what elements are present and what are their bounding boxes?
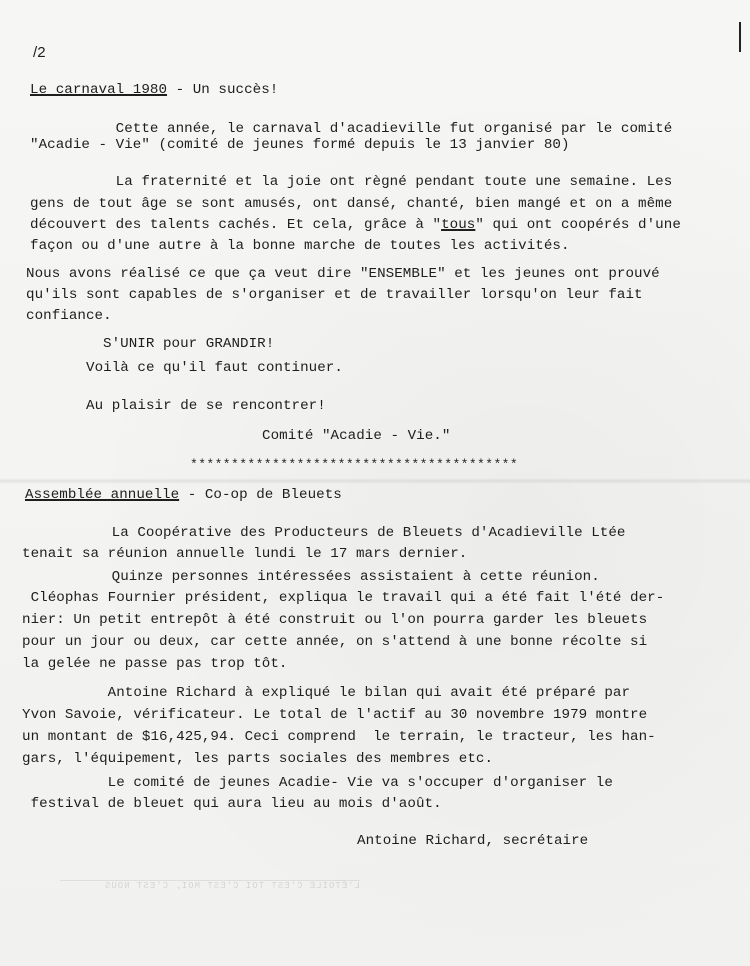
paragraph-line: pour un jour ou deux, car cette année, o… bbox=[22, 634, 647, 650]
article1-signature: Comité "Acadie - Vie." bbox=[262, 428, 450, 444]
article1-title-underlined: Le carnaval 1980 bbox=[30, 82, 167, 98]
paragraph-line: nier: Un petit entrepôt à été construit … bbox=[22, 612, 647, 628]
article1-title: Le carnaval 1980 - Un succès! bbox=[30, 82, 278, 98]
page-number: /2 bbox=[33, 45, 46, 61]
paragraph-line: Cette année, le carnaval d'acadieville f… bbox=[30, 121, 672, 137]
paragraph-line: "Acadie - Vie" (comité de jeunes formé d… bbox=[30, 137, 570, 153]
paragraph-line: La fraternité et la joie ont règné penda… bbox=[30, 174, 672, 190]
paragraph-line-tous: découvert des talents cachés. Et cela, g… bbox=[30, 217, 681, 233]
paragraph-line: Cléophas Fournier président, expliqua le… bbox=[22, 590, 664, 606]
slogan-line: Voilà ce qu'il faut continuer. bbox=[86, 360, 343, 376]
paragraph-line: gars, l'équipement, les parts sociales d… bbox=[22, 751, 493, 767]
separator-asterisks: **************************************** bbox=[190, 457, 518, 473]
show-through-text: L'ÉTOILE C'EST TOI C'EST MOI, C'EST NOUS bbox=[60, 880, 360, 901]
emphasis-tous: tous bbox=[441, 217, 475, 233]
paragraph-line: festival de bleuet qui aura lieu au mois… bbox=[22, 796, 442, 812]
slogan-line: S'UNIR pour GRANDIR! bbox=[103, 336, 274, 352]
closing-line: Au plaisir de se rencontrer! bbox=[86, 398, 326, 414]
article2-title: Assemblée annuelle - Co-op de Bleuets bbox=[25, 487, 342, 503]
paragraph-line: tenait sa réunion annuelle lundi le 17 m… bbox=[22, 546, 467, 562]
scanned-page: L'ÉTOILE C'EST TOI C'EST MOI, C'EST NOUS… bbox=[0, 0, 750, 966]
paragraph-line: la gelée ne passe pas trop tôt. bbox=[22, 656, 287, 672]
paragraph-line: façon ou d'une autre à la bonne marche d… bbox=[30, 238, 570, 254]
paragraph-line: Le comité de jeunes Acadie- Vie va s'occ… bbox=[22, 775, 613, 791]
paragraph-line: gens de tout âge se sont amusés, ont dan… bbox=[30, 196, 672, 212]
article1-title-rest: - Un succès! bbox=[167, 82, 278, 98]
paragraph-line: La Coopérative des Producteurs de Bleuet… bbox=[26, 525, 625, 541]
article2-signature: Antoine Richard, secrétaire bbox=[357, 833, 588, 849]
paragraph-line: Yvon Savoie, vérificateur. Le total de l… bbox=[22, 707, 647, 723]
paragraph-line: Quinze personnes intéressées assistaient… bbox=[26, 569, 600, 585]
paragraph-line: Antoine Richard à expliqué le bilan qui … bbox=[22, 685, 630, 701]
article2-title-rest: - Co-op de Bleuets bbox=[179, 487, 342, 503]
paragraph-line: un montant de $16,425,94. Ceci comprend … bbox=[22, 729, 656, 745]
margin-mark bbox=[739, 22, 741, 52]
paragraph-line: confiance. bbox=[26, 308, 112, 324]
paper-fold bbox=[0, 478, 750, 484]
paragraph-line: Nous avons réalisé ce que ça veut dire "… bbox=[26, 266, 660, 282]
paragraph-line: qu'ils sont capables de s'organiser et d… bbox=[26, 287, 643, 303]
article2-title-underlined: Assemblée annuelle bbox=[25, 487, 179, 503]
